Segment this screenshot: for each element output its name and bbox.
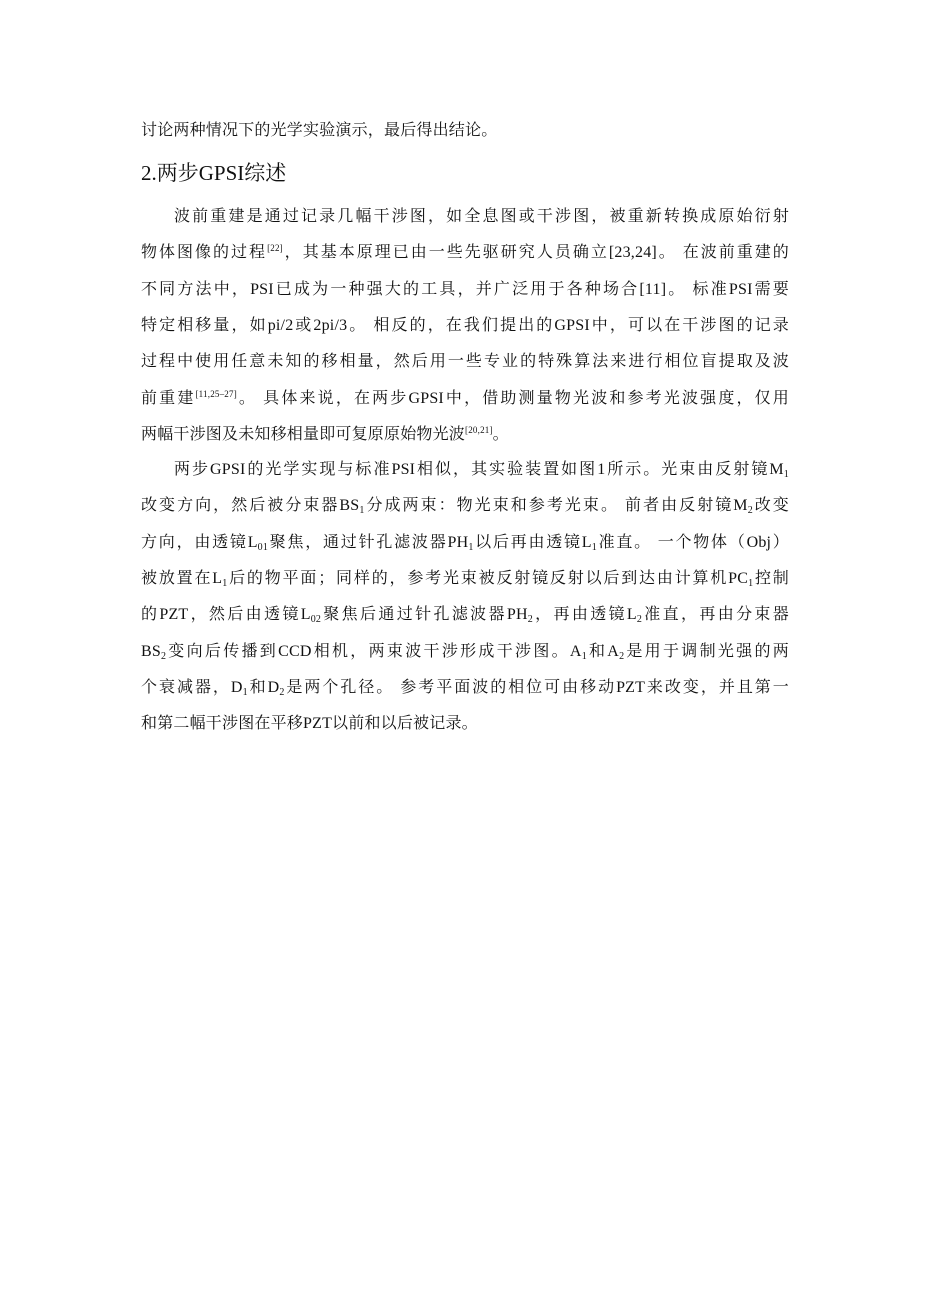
text-run: ，再由透镜L bbox=[533, 606, 637, 623]
text-run: 两幅干涉图及未知移相量即可复原原始物光波 bbox=[141, 426, 465, 443]
text-run: 的PZT，然后由透镜L bbox=[141, 606, 311, 623]
text-run: 准直。 一个物体（Obj） bbox=[597, 534, 789, 551]
text-run: 控制 bbox=[753, 570, 789, 587]
intro-line: 讨论两种情况下的光学实验演示，最后得出结论。 bbox=[141, 121, 789, 141]
text-line: 波前重建是通过记录几幅干涉图，如全息图或干涉图，被重新转换成原始衍射 bbox=[174, 207, 789, 227]
text-run: 过程中使用任意未知的移相量，然后用一些专业的特殊算法来进行相位盲提取及波 bbox=[141, 353, 789, 370]
text-line: 和第二幅干涉图在平移PZT以前和以后被记录。 bbox=[141, 714, 789, 734]
text-run: 。 具体来说，在两步GPSI中，借助测量物光波和参考光波强度，仅用 bbox=[237, 390, 789, 407]
text-run: 个衰减器，D bbox=[141, 679, 243, 696]
subscript: 02 bbox=[311, 614, 321, 625]
text-run: 以后再由透镜L bbox=[474, 534, 592, 551]
text-run: 被放置在L bbox=[141, 570, 222, 587]
text-line: 的PZT，然后由透镜L02聚焦后通过针孔滤波器PH2，再由透镜L2准直，再由分束… bbox=[141, 605, 789, 625]
text-run: 方向，由透镜L bbox=[141, 534, 258, 551]
text-run: 波前重建是通过记录几幅干涉图，如全息图或干涉图，被重新转换成原始衍射 bbox=[174, 208, 789, 225]
document-page: 讨论两种情况下的光学实验演示，最后得出结论。 2.两步GPSI综述 波前重建是通… bbox=[0, 0, 926, 1309]
section-number: 2. bbox=[141, 161, 157, 185]
text-line: 改变方向，然后被分束器BS1分成两束：物光束和参考光束。 前者由反射镜M2改变 bbox=[141, 496, 789, 516]
text-run: 两步GPSI的光学实现与标准PSI相似，其实验装置如图1所示。光束由反射镜M bbox=[174, 461, 784, 478]
text-run: 后的物平面；同样的，参考光束被反射镜反射以后到达由计算机PC bbox=[227, 570, 748, 587]
text-run: 不同方法中，PSI已成为一种强大的工具，并广泛用于各种场合[11]。 标准PSI… bbox=[141, 281, 789, 298]
text-run: 前重建 bbox=[141, 390, 195, 407]
text-line: 前重建[11,25–27]。 具体来说，在两步GPSI中，借助测量物光波和参考光… bbox=[141, 389, 789, 409]
text-run: 。 bbox=[493, 426, 509, 443]
text-line: 过程中使用任意未知的移相量，然后用一些专业的特殊算法来进行相位盲提取及波 bbox=[141, 352, 789, 372]
text-run: 聚焦，通过针孔滤波器PH bbox=[268, 534, 468, 551]
text-run: 准直，再由分束器 bbox=[642, 606, 789, 623]
text-line: 两步GPSI的光学实现与标准PSI相似，其实验装置如图1所示。光束由反射镜M1 bbox=[174, 460, 789, 480]
section-heading: 2.两步GPSI综述 bbox=[141, 160, 286, 186]
text-line: 两幅干涉图及未知移相量即可复原原始物光波[20,21]。 bbox=[141, 425, 789, 445]
citation-superscript: [20,21] bbox=[465, 425, 493, 435]
text-run: 是用于调制光强的两 bbox=[624, 643, 789, 660]
text-run: 分成两束：物光束和参考光束。 前者由反射镜M bbox=[365, 497, 748, 514]
text-run: 和A bbox=[587, 643, 619, 660]
subscript: 01 bbox=[258, 542, 268, 553]
text-run: 物体图像的过程 bbox=[141, 244, 267, 261]
text-run: 变向后传播到CCD相机，两束波干涉形成干涉图。A bbox=[166, 643, 582, 660]
text-line: 不同方法中，PSI已成为一种强大的工具，并广泛用于各种场合[11]。 标准PSI… bbox=[141, 280, 789, 300]
citation-superscript: [11,25–27] bbox=[195, 389, 236, 399]
text-line: 特定相移量，如pi/2或2pi/3。 相反的，在我们提出的GPSI中，可以在干涉… bbox=[141, 316, 789, 336]
text-run: 改变方向，然后被分束器BS bbox=[141, 497, 359, 514]
text-run: 聚焦后通过针孔滤波器PH bbox=[321, 606, 528, 623]
text-run: 和D bbox=[248, 679, 280, 696]
section-title: 两步GPSI综述 bbox=[157, 161, 287, 185]
text-run: BS bbox=[141, 643, 161, 660]
text-line: 个衰减器，D1和D2是两个孔径。 参考平面波的相位可由移动PZT来改变，并且第一 bbox=[141, 678, 789, 698]
text-run: ，其基本原理已由一些先驱研究人员确立[23,24]。 在波前重建的 bbox=[283, 244, 789, 261]
text-run: 特定相移量，如pi/2或2pi/3。 相反的，在我们提出的GPSI中，可以在干涉… bbox=[141, 317, 789, 334]
subscript: 1 bbox=[784, 469, 789, 480]
text-run: 是两个孔径。 参考平面波的相位可由移动PZT来改变，并且第一 bbox=[285, 679, 789, 696]
text-run: 改变 bbox=[753, 497, 789, 514]
text-run: 和第二幅干涉图在平移PZT以前和以后被记录。 bbox=[141, 715, 478, 732]
text-line: 方向，由透镜L01聚焦，通过针孔滤波器PH1以后再由透镜L1准直。 一个物体（O… bbox=[141, 533, 789, 553]
citation-superscript: [22] bbox=[267, 243, 283, 253]
text-line: 被放置在L1后的物平面；同样的，参考光束被反射镜反射以后到达由计算机PC1控制 bbox=[141, 569, 789, 589]
text-line: 物体图像的过程[22]，其基本原理已由一些先驱研究人员确立[23,24]。 在波… bbox=[141, 243, 789, 263]
text-line: BS2变向后传播到CCD相机，两束波干涉形成干涉图。A1和A2是用于调制光强的两 bbox=[141, 642, 789, 662]
